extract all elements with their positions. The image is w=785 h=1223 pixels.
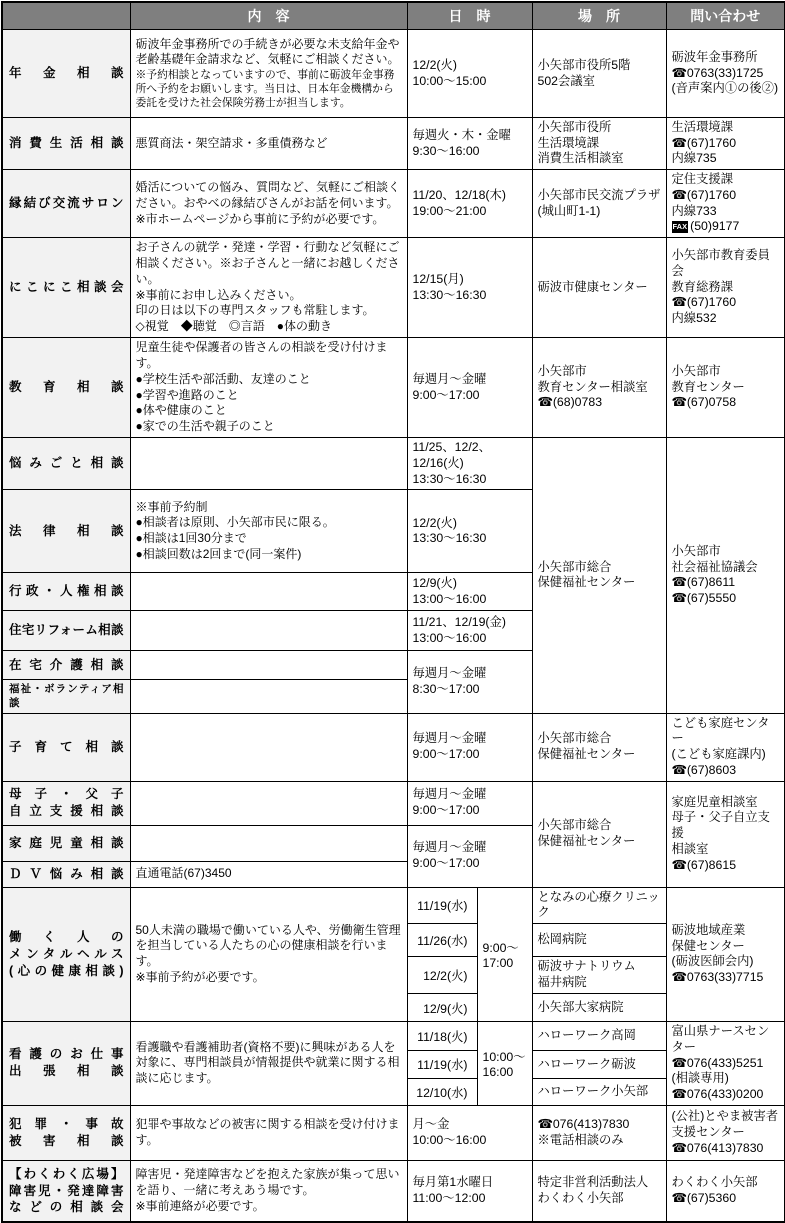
fax-line: FAX(50)9177	[672, 219, 780, 235]
session-place: 松岡病院	[532, 924, 666, 957]
contact-cell: 小矢部市 教育センター ☎(67)0758	[666, 338, 785, 438]
session-date: 11/26(水)	[407, 924, 477, 957]
row-label-nikoniko: にこにこ相談会	[2, 238, 130, 338]
place-cell: 砺波市健康センター	[532, 238, 666, 338]
content-cell	[130, 438, 407, 490]
contact-cell: 砺波地域産業 保健センター (砺波医師会内) ☎0763(33)7715	[666, 887, 785, 1021]
fax-number: (50)9177	[690, 219, 739, 233]
row-label-nursing: 看護のお仕事出張相談	[2, 1022, 130, 1106]
datetime-cell: 毎週月～金曜 9:00～17:00	[407, 781, 532, 825]
row-wakuwaku: 【わくわく広場】障害児・発達障害などの相談会 障害児・発達障害などを抱えた家族が…	[2, 1160, 785, 1222]
session-date: 12/2(火)	[407, 957, 477, 994]
header-contact: 問い合わせ	[666, 2, 785, 30]
session-date: 11/19(水)	[407, 1050, 477, 1079]
contact-cell: 砺波年金事務所 ☎0763(33)1725 (音声案内①の後②)	[666, 30, 785, 118]
contact-cell: 小矢部市教育委員会 教育総務課 ☎(67)1760 内線532	[666, 238, 785, 338]
content-cell: 悪質商法・架空請求・多重債務など	[130, 118, 407, 170]
datetime-cell: 毎週月～金曜 9:00～17:00	[407, 713, 532, 781]
datetime-cell: 毎月第1水曜日 11:00～12:00	[407, 1160, 532, 1222]
content-cell	[130, 825, 407, 861]
row-label-consumer: 消費生活相談	[2, 118, 130, 170]
header-datetime: 日 時	[407, 2, 532, 30]
session-date: 12/9(火)	[407, 994, 477, 1022]
row-label-crime: 犯罪・事故被害相談	[2, 1105, 130, 1160]
session-date: 12/10(水)	[407, 1079, 477, 1105]
row-enmusubi: 縁結び交流サロン 婚活についての悩み、質問など、気軽にご相談ください。おやべの縁…	[2, 170, 785, 238]
row-label-kaigo: 在宅介護相談	[2, 651, 130, 680]
datetime-cell: 11/21、12/19(金) 13:00～16:00	[407, 611, 532, 651]
header-place: 場 所	[532, 2, 666, 30]
row-label-wakuwaku: 【わくわく広場】障害児・発達障害などの相談会	[2, 1160, 130, 1222]
session-place: ハローワーク砺波	[532, 1050, 666, 1079]
header-row: 内 容 日 時 場 所 問い合わせ	[2, 2, 785, 30]
row-label-legal: 法律相談	[2, 490, 130, 573]
place-cell: 小矢部市 教育センター相談室 ☎(68)0783	[532, 338, 666, 438]
place-cell: 小矢部市総合 保健福祉センター	[532, 713, 666, 781]
content-cell	[130, 680, 407, 713]
corner-cell	[2, 2, 130, 30]
content-cell	[130, 781, 407, 825]
content-cell: 犯罪や事故などの被害に関する相談を受け付けます。	[130, 1105, 407, 1160]
datetime-cell: 11/20、12/18(木) 19:00～21:00	[407, 170, 532, 238]
row-nursing-1: 看護のお仕事出張相談 看護職や看護補助者(資格不要)に興味がある人を対象に、専門…	[2, 1022, 785, 1051]
content-cell	[130, 651, 407, 680]
session-place: となみの心療クリニック	[532, 887, 666, 923]
row-label-dv: ＤＶ悩み相談	[2, 861, 130, 887]
datetime-cell: 12/2(火) 10:00～15:00	[407, 30, 532, 118]
content-cell: ※事前予約制 ●相談者は原則、小矢部市民に限る。 ●相談は1回30分まで ●相談…	[130, 490, 407, 573]
row-mental-1: 働く人のメンタルヘルス(心の健康相談) 50人未満の職場で働いている人や、労働衛…	[2, 887, 785, 923]
row-label-enmusubi: 縁結び交流サロン	[2, 170, 130, 238]
fax-icon: FAX	[672, 221, 689, 233]
content-cell	[130, 713, 407, 781]
datetime-cell: 毎週月～金曜 9:00～17:00	[407, 825, 532, 887]
contact-cell: 生活環境課 ☎(67)1760 内線735	[666, 118, 785, 170]
datetime-cell: 月～金 10:00～16:00	[407, 1105, 532, 1160]
consultation-table-page: 内 容 日 時 場 所 問い合わせ 年金相談 砺波年金事務所での手続きが必要な未…	[0, 0, 785, 1137]
row-label-kosodate: 子育て相談	[2, 713, 130, 781]
datetime-cell: 毎週月～金曜 8:30～17:00	[407, 651, 532, 713]
row-label-pension: 年金相談	[2, 30, 130, 118]
row-label-katei: 家庭児童相談	[2, 825, 130, 861]
place-cell-family-group: 小矢部市総合 保健福祉センター	[532, 781, 666, 887]
row-consumer: 消費生活相談 悪質商法・架空請求・多重債務など 毎週火・木・金曜 9:30～16…	[2, 118, 785, 170]
place-cell: 小矢部市役所5階 502会議室	[532, 30, 666, 118]
content-note: ※予約相談となっていますので、事前に砺波年金事務所へ予約をお願いします。当日は、…	[136, 68, 402, 110]
session-time: 10:00～ 16:00	[477, 1022, 532, 1106]
row-label-nayamigoto: 悩みごと相談	[2, 438, 130, 490]
session-place: 小矢部大家病院	[532, 994, 666, 1022]
session-time: 9:00～ 17:00	[477, 887, 532, 1021]
datetime-cell: 12/9(火) 13:00～16:00	[407, 573, 532, 611]
datetime-cell: 12/15(月) 13:30～16:30	[407, 238, 532, 338]
row-nayamigoto: 悩みごと相談 11/25、12/2、 12/16(火) 13:30～16:30 …	[2, 438, 785, 490]
row-nikoniko: にこにこ相談会 お子さんの就学・発達・学習・行動など気軽にご相談ください。※お子…	[2, 238, 785, 338]
place-cell: ☎076(413)7830 ※電話相談のみ	[532, 1105, 666, 1160]
content-cell: 砺波年金事務所での手続きが必要な未支給年金や老齢基礎年金請求など、気軽にご相談く…	[130, 30, 407, 118]
row-label-reform: 住宅リフォーム相談	[2, 611, 130, 651]
row-label-boshi: 母子・父子自立支援相談	[2, 781, 130, 825]
datetime-cell: 12/2(火) 13:30～16:30	[407, 490, 532, 573]
row-kosodate: 子育て相談 毎週月～金曜 9:00～17:00 小矢部市総合 保健福祉センター …	[2, 713, 785, 781]
session-place: ハローワーク小矢部	[532, 1079, 666, 1105]
content-cell: 50人未満の職場で働いている人や、労働衛生管理を担当している人たちの心の健康相談…	[130, 887, 407, 1021]
place-cell: 小矢部市役所 生活環境課 消費生活相談室	[532, 118, 666, 170]
place-cell: 特定非営利活動法人 わくわく小矢部	[532, 1160, 666, 1222]
datetime-cell: 11/25、12/2、 12/16(火) 13:30～16:30	[407, 438, 532, 490]
place-cell-welfare-group: 小矢部市総合 保健福祉センター	[532, 438, 666, 714]
row-crime: 犯罪・事故被害相談 犯罪や事故などの被害に関する相談を受け付けます。 月～金 1…	[2, 1105, 785, 1160]
place-cell: 小矢部市民交流プラザ (城山町1-1)	[532, 170, 666, 238]
consultation-table: 内 容 日 時 場 所 問い合わせ 年金相談 砺波年金事務所での手続きが必要な未…	[1, 1, 785, 1223]
datetime-cell: 毎週火・木・金曜 9:30～16:00	[407, 118, 532, 170]
session-date: 11/19(水)	[407, 887, 477, 923]
row-label-mental: 働く人のメンタルヘルス(心の健康相談)	[2, 887, 130, 1021]
contact-cell: こども家庭センター (こども家庭課内) ☎(67)8603	[666, 713, 785, 781]
content-cell	[130, 611, 407, 651]
contact-cell-family-group: 家庭児童相談室 母子・父子自立支援 相談室 ☎(67)8615	[666, 781, 785, 887]
content-cell: お子さんの就学・発達・学習・行動など気軽にご相談ください。※お子さんと一緒にお越…	[130, 238, 407, 338]
contact-cell-welfare-group: 小矢部市 社会福祉協議会 ☎(67)8611 ☎(67)5550	[666, 438, 785, 714]
row-label-education: 教育相談	[2, 338, 130, 438]
content-cell: 婚活についての悩み、質問など、気軽にご相談ください。おやべの縁結びさんがお話を伺…	[130, 170, 407, 238]
contact-text: 定住支援課 ☎(67)1760 内線733	[672, 172, 780, 219]
datetime-cell: 毎週月～金曜 9:00～17:00	[407, 338, 532, 438]
content-cell: 児童生徒や保護者の皆さんの相談を受け付けます。 ●学校生活や部活動、友達のこと …	[130, 338, 407, 438]
session-place: ハローワーク高岡	[532, 1022, 666, 1051]
row-education: 教育相談 児童生徒や保護者の皆さんの相談を受け付けます。 ●学校生活や部活動、友…	[2, 338, 785, 438]
header-content: 内 容	[130, 2, 407, 30]
row-boshi: 母子・父子自立支援相談 毎週月～金曜 9:00～17:00 小矢部市総合 保健福…	[2, 781, 785, 825]
contact-cell: 定住支援課 ☎(67)1760 内線733 FAX(50)9177	[666, 170, 785, 238]
content-cell	[130, 573, 407, 611]
contact-cell: 富山県ナースセンター ☎076(433)5251 (相談専用) ☎076(433…	[666, 1022, 785, 1106]
content-cell: 看護職や看護補助者(資格不要)に興味がある人を対象に、専門相談員が情報提供や就業…	[130, 1022, 407, 1106]
session-date: 11/18(火)	[407, 1022, 477, 1051]
row-pension: 年金相談 砺波年金事務所での手続きが必要な未支給年金や老齢基礎年金請求など、気軽…	[2, 30, 785, 118]
contact-cell: (公社)とやま被害者 支援センター ☎076(413)7830	[666, 1105, 785, 1160]
row-label-fukushi: 福祉・ボランティア相談	[2, 680, 130, 713]
content-cell: 直通電話(67)3450	[130, 861, 407, 887]
contact-cell: わくわく小矢部 ☎(67)5360	[666, 1160, 785, 1222]
content-text: 砺波年金事務所での手続きが必要な未支給年金や老齢基礎年金請求など、気軽にご相談く…	[136, 37, 402, 69]
row-label-gyosei: 行政・人権相談	[2, 573, 130, 611]
session-place: 砺波サナトリウム 福井病院	[532, 957, 666, 994]
content-cell: 障害児・発達障害などを抱えた家族が集って思いを語り、一緒に考えあう場です。 ※事…	[130, 1160, 407, 1222]
